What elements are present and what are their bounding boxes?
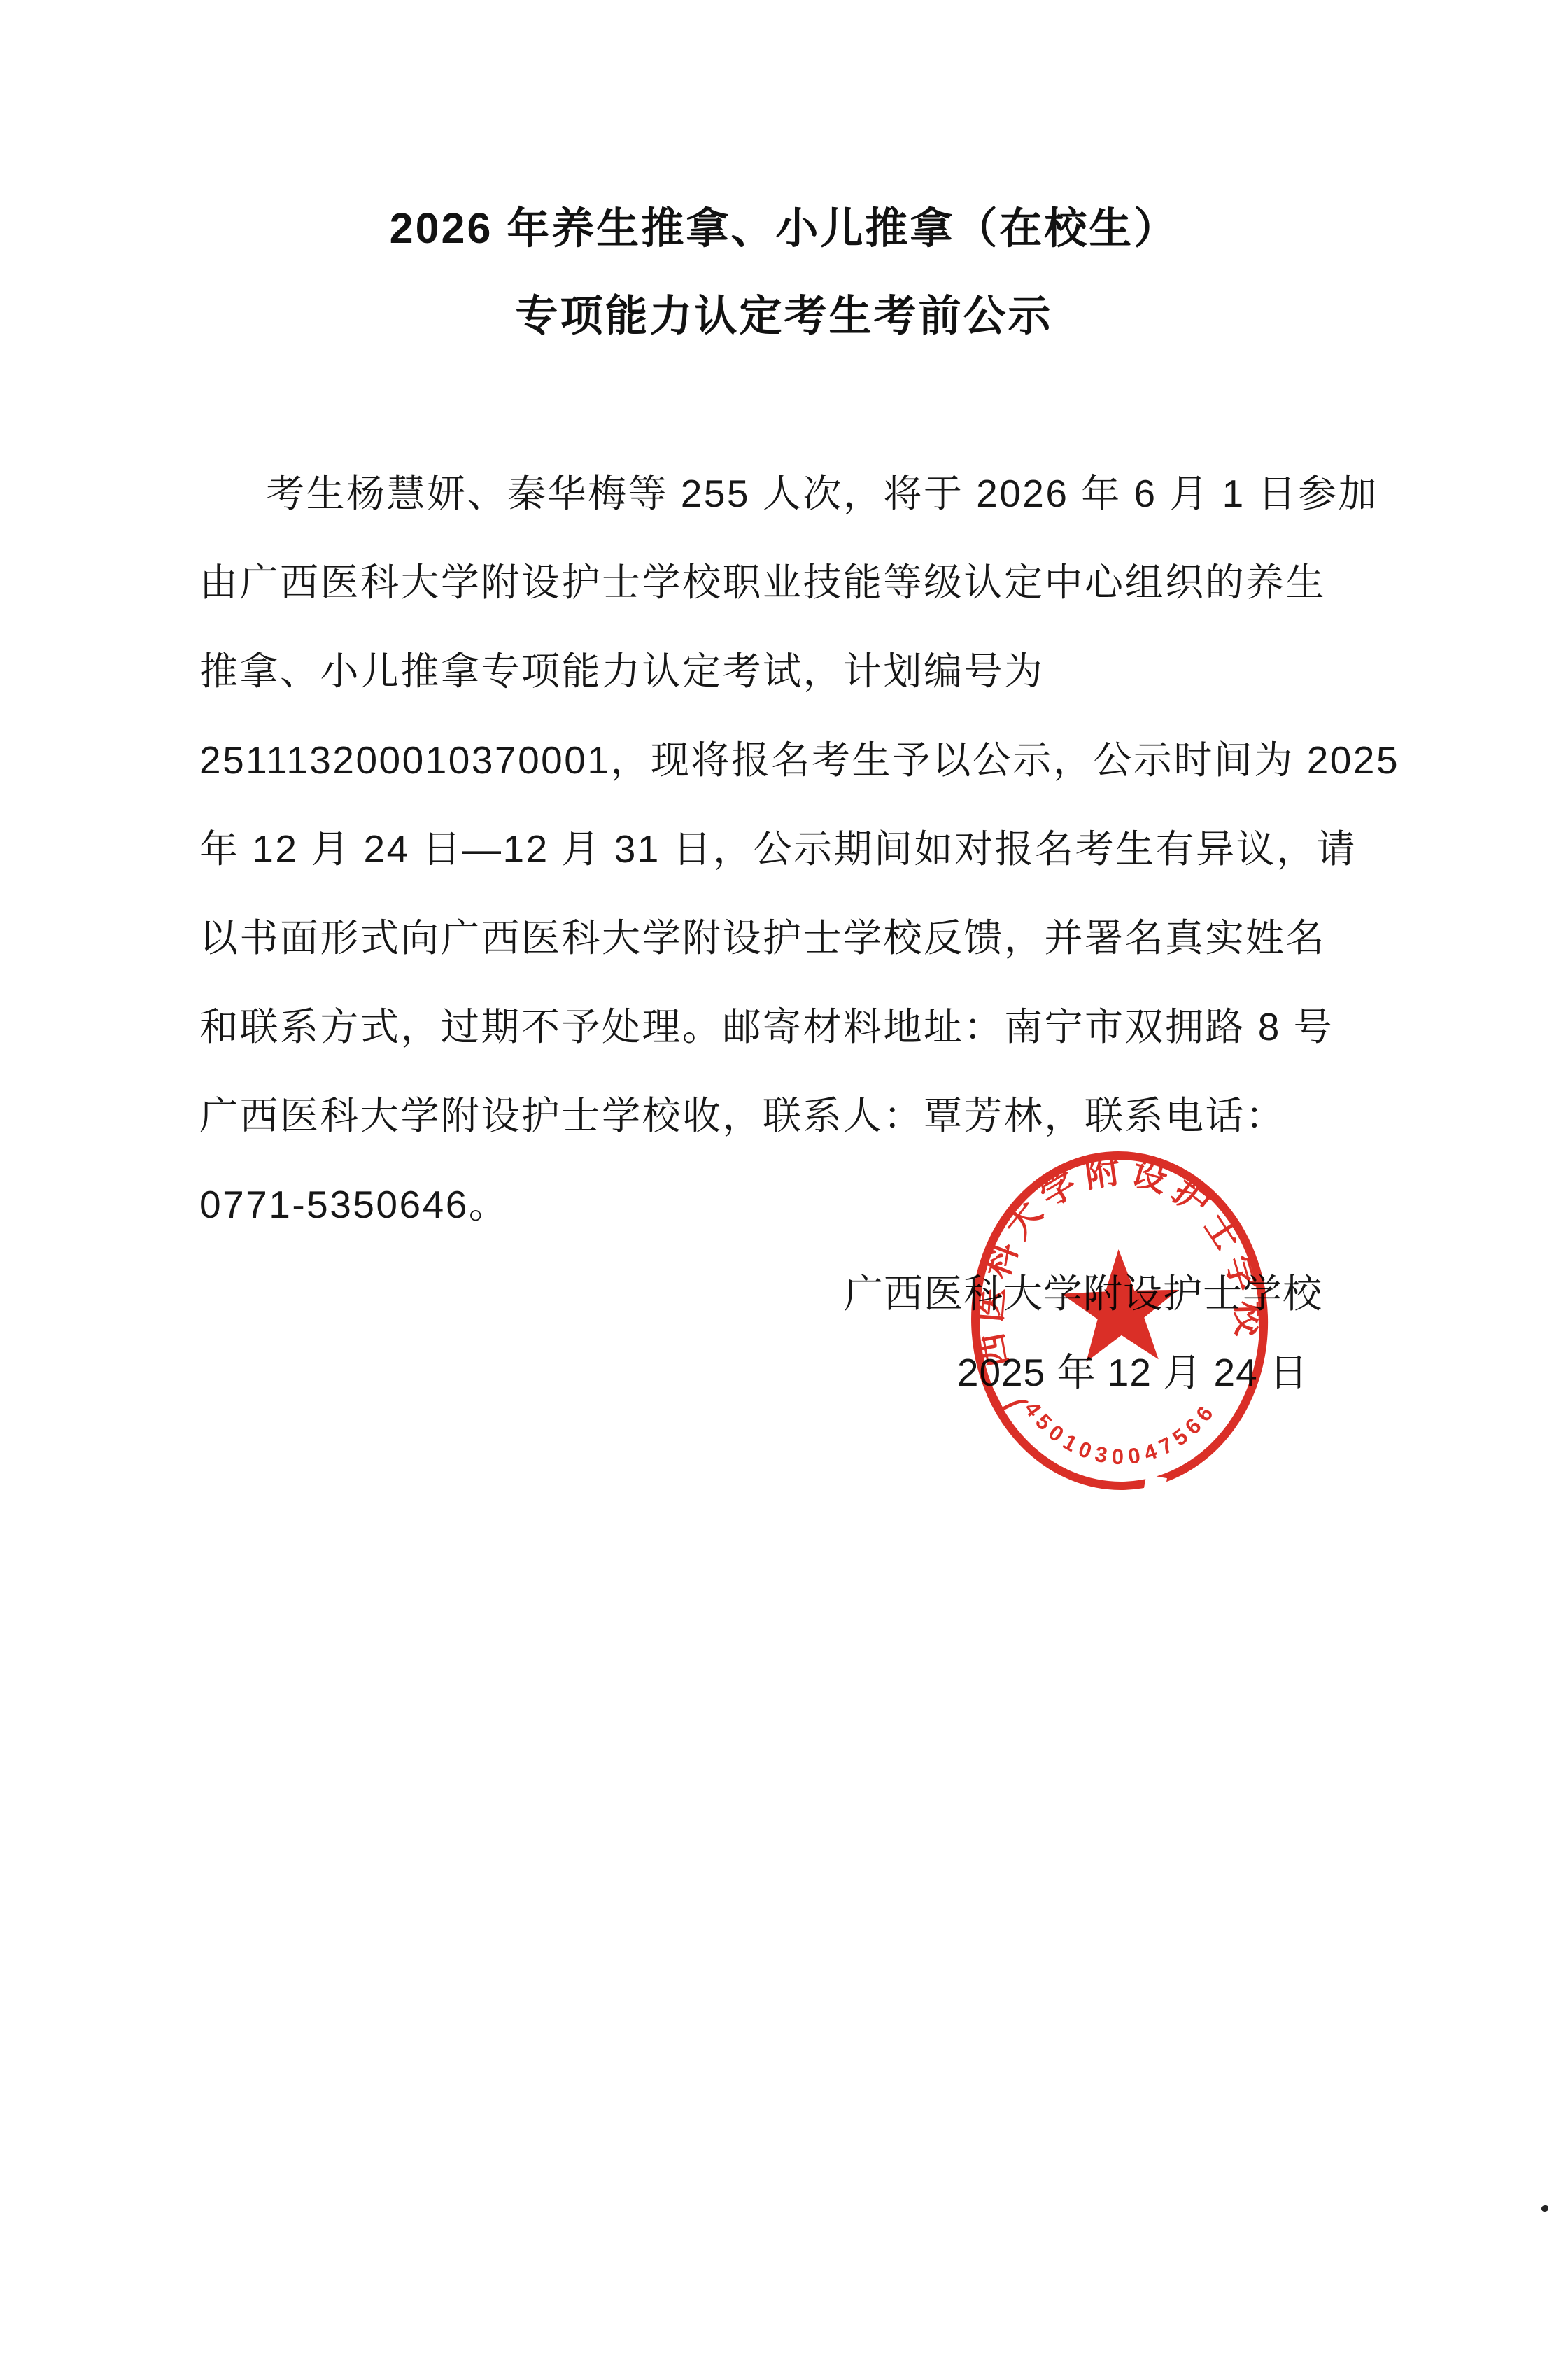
document-title-line1: 2026 年养生推拿、小儿推拿（在校生） — [0, 196, 1568, 260]
document-line: 推拿、小儿推拿专项能力认定考试，计划编号为 — [199, 627, 1344, 716]
scan-artifact-dot — [1541, 2205, 1548, 2212]
seal-star-icon — [1060, 1247, 1181, 1363]
official-seal: 广西医科大学附设护士学校 4501030047566 — [931, 1117, 1308, 1522]
document-line: 和联系方式，过期不予处理。邮寄材料地址：南宁市双拥路 8 号 — [199, 983, 1344, 1072]
document-line: 251113200010370001，现将报名考生予以公示，公示时间为 2025 — [199, 716, 1344, 805]
document-line: 年 12 月 24 日—12 月 31 日，公示期间如对报名考生有异议，请 — [199, 805, 1344, 894]
document-line: 由广西医科大学附设护士学校职业技能等级认定中心组织的养生 — [199, 538, 1344, 627]
document-page: 2026 年养生推拿、小儿推拿（在校生） 专项能力认定考生考前公示 考生杨慧妍、… — [0, 0, 1568, 2374]
document-title-line2: 专项能力认定考生考前公示 — [0, 283, 1568, 348]
document-line: 以书面形式向广西医科大学附设护士学校反馈，并署名真实姓名 — [199, 894, 1344, 983]
document-line: 考生杨慧妍、秦华梅等 255 人次，将于 2026 年 6 月 1 日参加 — [199, 449, 1344, 538]
